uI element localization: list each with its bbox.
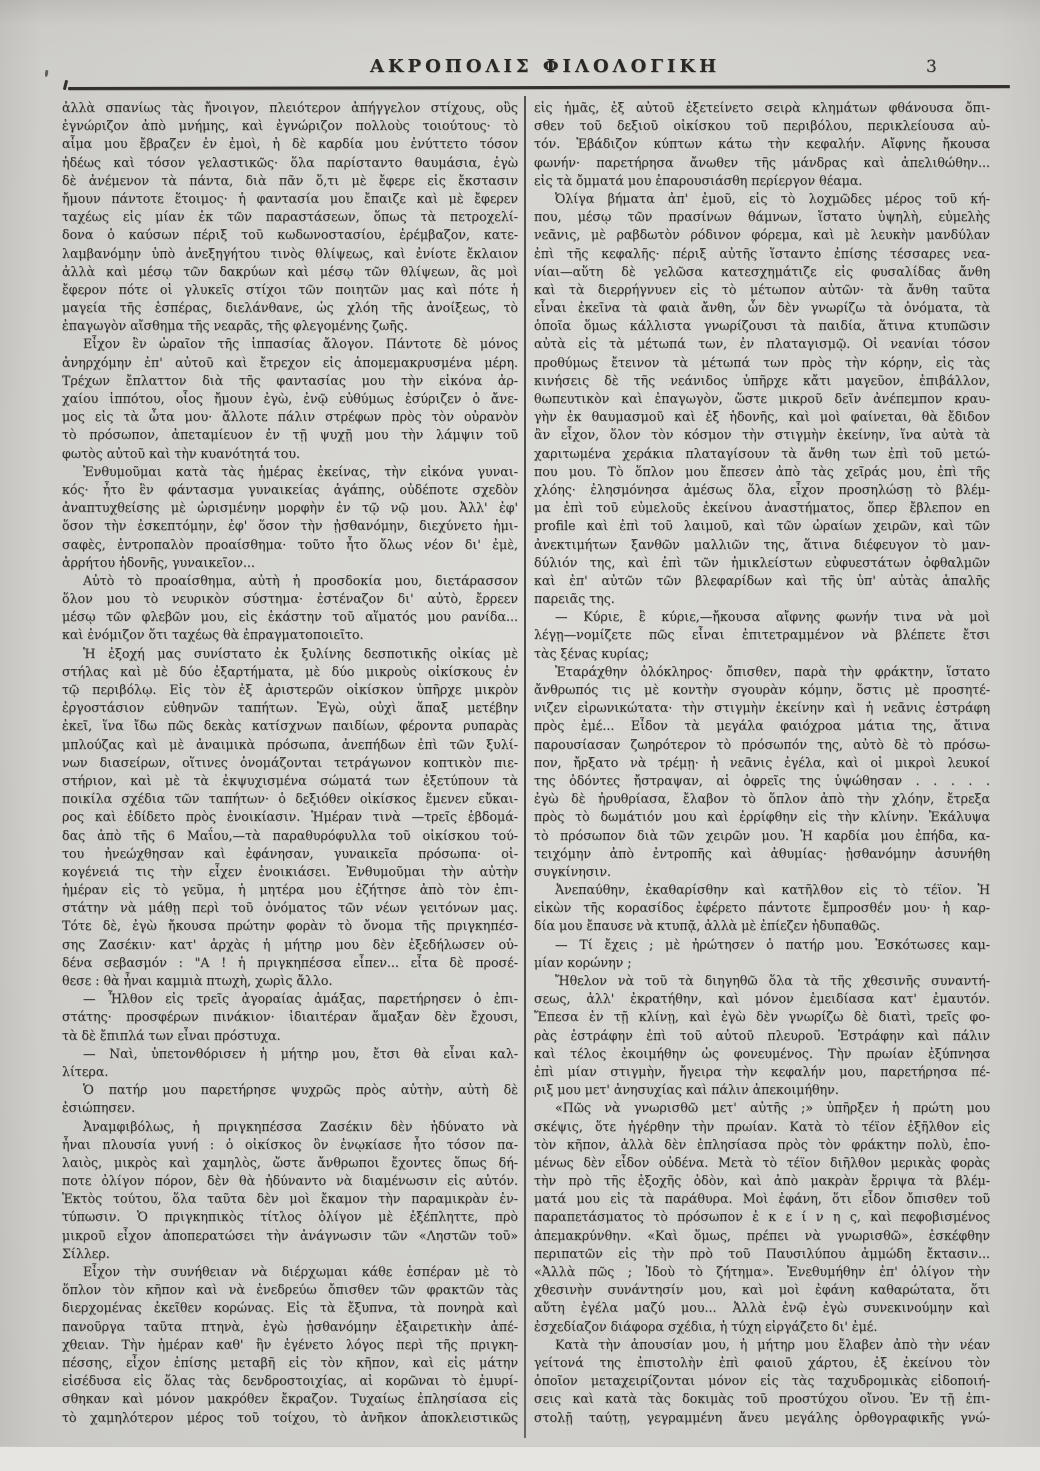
text-line: ἐπαγωγὸν αἴσθημα τῆς νεαρᾶς, τῆς φλεγομέ… [62,317,518,335]
text-line: ταχέως εἰς μίαν ἐκ τῶν παραστάσεων, ὅπως… [62,208,518,226]
page-number: 3 [926,57,937,77]
text-line: ἐγνώριζον ἀπὸ μνήμης, καὶ ἐγνώριζον πολλ… [62,117,518,135]
header-rule [68,85,1010,90]
text-line: περιπατῶν εἰς τὴν πρὸ τοῦ Παυσιλύπου ἀμμ… [534,1245,990,1263]
text-line: μαγεία τῆς ἑσπέρας, διελάνθανε, ὡς χλόη … [62,299,518,317]
text-line: δὲ ἀνέμενον τὰ πάντα, διὰ πᾶν ὅ,τι μὲ ἔφ… [62,172,518,190]
text-line: παρουσίασαν ζωηρότερον τὸ πρόσωπόν της, … [534,736,990,754]
text-line: δία μου ἔπαυσε νὰ κτυπᾷ, ἀλλὰ μὲ ἐπίεζεν… [534,917,990,935]
text-line: ἄνθρωπός τις μὲ κοντὴν σγουρὰν κόμην, ὅσ… [534,681,990,699]
text-line: Ὀλίγα βήματα ἀπ' ἐμοῦ, εἰς τὸ λοχμῶδες μ… [534,190,990,208]
text-line: του ἠνεώχθησαν καὶ ἐφάνησαν, γυναικεῖα π… [62,845,518,863]
text-line: ματά μου εἰς τὰ παράθυρα. Μοὶ ἐφάνη, ὅτι… [534,1190,990,1208]
text-line: Ἤθελον νὰ τοῦ τὰ διηγηθῶ ὅλα τὰ τῆς χθεσ… [534,972,990,990]
paragraph: Ἡ ἐξοχή μας συνίστατο ἐκ ξυλίνης δεσποτι… [62,645,518,991]
newspaper-page: ΑΚΡΟΠΟΛΙΣ ΦΙΛΟΛΟΓΙΚΗ 3 ἀλλὰ σπανίως τὰς … [0,0,1040,1471]
column-left: ἀλλὰ σπανίως τὰς ἤνοιγον, πλειότερον ἀπή… [62,99,518,1427]
paragraph: εἰς ἡμᾶς, ἐξ αὐτοῦ ἐξετείνετο σειρὰ κλημ… [534,99,990,190]
text-line: ὅσον τὴν ἐσκεπτόμην, ἐφ' ὅσον τὴν ᾐσθανό… [62,517,518,535]
text-line: χθειαν. Τὴν ἡμέραν καθ' ἣν ἐγένετο λόγος… [62,1336,518,1354]
text-line: Ἀνεπαύθην, ἐκαθαρίσθην καὶ κατῆλθον εἰς … [534,881,990,899]
text-line: διερχομένας ἐκεῖθεν κορώνας. Εἰς τὰ ἔξυπ… [62,1299,518,1317]
text-line: φωτὸς αὐτοῦ καὶ τὴν κυανότητά του. [62,445,518,463]
text-line: ἀλλὰ σπανίως τὰς ἤνοιγον, πλειότερον ἀπή… [62,99,518,117]
text-line: τὸ πρόσωπον διὰ τῶν χειρῶν μου. Ἡ καρδία… [534,827,990,845]
text-line: ὁποῖα ὅμως κάλλιστα γνωρίζουσι τὰ παιδία… [534,317,990,335]
text-line: νων διασείρων, οἵτινες ὀνομάζονται τετρά… [62,754,518,772]
text-line: πρὸς ἐμέ... Εἶδον τὰ μεγάλα φαιόχροα μάτ… [534,717,990,735]
paragraph: Ἀνεπαύθην, ἐκαθαρίσθην καὶ κατῆλθον εἰς … [534,881,990,936]
text-line: ἤμουν πάντοτε ἕτοιμος· ἡ φαντασία μου ἔπ… [62,190,518,208]
column-divider-rule [524,96,526,1438]
text-line: ἀπεμακρύνθην. «Καὶ ὅμως, πρέπει νὰ γνωρι… [534,1227,990,1245]
text-line: — Ναὶ, ὑπετονθόρισεν ἡ μήτηρ μου, ἔτσι θ… [62,1045,518,1063]
text-line: πέσσης, εἶχον ἐπίσης μεταβῆ εἰς τὸν κῆπο… [62,1354,518,1372]
text-line: μένως δὲν εἶδον οὐδένα. Μετὰ τὸ τέϊον δι… [534,1154,990,1172]
text-line: καὶ τὰ διερρήγνυεν εἰς τὸ μέτωπον αὐτῶν·… [534,281,990,299]
text-line: μος εἰς τὰ ὦτα μου· ἄλλοτε πάλιν στρέφων… [62,408,518,426]
text-line: ἡδέως καὶ τόσον γελαστικῶς· ὅλα παρίσταν… [62,154,518,172]
text-line: Σίλλερ. [62,1245,518,1263]
text-line: τειχόμην ἀπὸ ἐντροπῆς καὶ ἀθυμίας· ᾐσθαν… [534,845,990,863]
text-line: ἐσχεδίαζον διάφορα σχέδια, ἡ τύχη εἰργάζ… [534,1318,990,1336]
paragraph: — Κύριε, ἒ κύριε,—ἤκουσα αἴφνης φωνήν τι… [534,608,990,663]
text-line: πανοῦργα ταῦτα πτηνὰ, ἐγὼ ᾐσθανόμην ἐξαι… [62,1318,518,1336]
text-line: καὶ ἐνόμιζον ὅτι ταχέως θὰ ἐπραγματοποιε… [62,626,518,644]
text-line: αἷμα μου ἔβραζεν ἐν ἐμοὶ, ἡ δὲ καρδία μο… [62,135,518,153]
text-line: Ἐταράχθην ὁλόκληρος· ὄπισθεν, παρὰ τὴν φ… [534,663,990,681]
text-line: τὸ χαμηλότερον μέρος τοῦ τοίχου, τὸ ἀνῆκ… [62,1409,518,1427]
masthead: ΑΚΡΟΠΟΛΙΣ ΦΙΛΟΛΟΓΙΚΗ 3 [0,54,1040,88]
text-line: ἐσιώπησεν. [62,1099,518,1117]
text-line: ἐργοστάσιον εὐθηνῶν ταπήτων. Ἐγὼ, οὐχὶ ἅ… [62,699,518,717]
text-line: μπλούζας καὶ μὲ ἀναιμικὰ πρόσωπα, ἀνεπήδ… [62,736,518,754]
text-line: χθεσινὴν συνάντησίν μου, καὶ μοὶ ἐφάνη κ… [534,1281,990,1299]
paragraph: Ἤθελον νὰ τοῦ τὰ διηγηθῶ ὅλα τὰ τῆς χθεσ… [534,972,990,1099]
text-line: τύπωσιν. Ὁ πριγκηπικὸς τίτλος ὀλίγον μὲ … [62,1208,518,1226]
text-line: λαιὸς, μικρὸς καὶ χαμηλὸς, ὥστε ἄνθρωποι… [62,1154,518,1172]
text-line: profile καὶ ἐπὶ τοῦ λαιμοῦ, καὶ τῶν ὡραί… [534,517,990,535]
paragraph: «Πῶς νὰ γνωρισθῶ μετ' αὐτῆς ;» ὑπῆρξεν ἡ… [534,1099,990,1335]
text-line: καὶ ἐπ' αὐτῶν τῶν βλεφαρίδων καὶ τῆς ὑπ'… [534,572,990,590]
text-line: συγκίνησιν. [534,863,990,881]
text-line: χαριτωμένα χεράκια πλαταγίσουν τὰ ἄνθη τ… [534,445,990,463]
text-line: τῷ περιβόλῳ. Εἰς τὸν ἐξ ἀριστερῶν οἰκίσκ… [62,681,518,699]
text-line: θεσε : θὰ ἦναι καμμιὰ πτωχὴ, χωρὶς ἄλλο. [62,972,518,990]
text-line: ἀλλὰ καὶ μέσῳ τῶν δακρύων καὶ μέσῳ τῶν θ… [62,263,518,281]
paragraph: — Τί ἔχεις ; μὲ ἠρώτησεν ὁ πατήρ μου. Ἐσ… [534,936,990,972]
text-line: ρὰς ἐστράφην ἐπὶ τοῦ αὐτοῦ πλευροῦ. Ἐστρ… [534,1027,990,1045]
page-bottom-margin [0,1446,1040,1471]
text-line: ὅπλον τὸν κῆπον καὶ νὰ ἐνεδρεύω ὄπισθεν … [62,1281,518,1299]
text-line: ἐκεῖ, ἵνα ἴδω πῶς δεκὰς κατίσχνων παιδίω… [62,717,518,735]
text-line: ἦναι πλουσία γυνή : ὁ οἰκίσκος ὃν ἐνῳκία… [62,1136,518,1154]
text-line: που μου. Τὸ ὅπλον μου ἔπεσεν ἀπὸ τὰς χεῖ… [534,463,990,481]
paragraph: Ἐνθυμοῦμαι κατὰ τὰς ἡμέρας ἐκείνας, τὴν … [62,463,518,572]
text-line: λαμβανόμην ὑπὸ ἀνεξηγήτου τινὸς θλίψεως,… [62,245,518,263]
paragraph: — Ἦλθον εἰς τρεῖς ἀγοραίας ἁμάξας, παρετ… [62,990,518,1045]
text-line: τὰ δὲ ἔπιπλά των εἶναι πρόστυχα. [62,1027,518,1045]
text-line: θωπευτικὸν καὶ ἐπαγωγὸν, ὥστε μικροῦ δεῖ… [534,390,990,408]
column-right: εἰς ἡμᾶς, ἐξ αὐτοῦ ἐξετείνετο σειρὰ κλημ… [534,99,990,1427]
text-line: εἰσέδυσα εἰς ὅλας τὰς δενδροστοιχίας, αἱ… [62,1372,518,1390]
text-line: Κατὰ τὴν ἀπουσίαν μου, ἡ μήτηρ μου ἔλαβε… [534,1336,990,1354]
text-line: πρὸς τὸ δωμάτιόν μου καὶ ἐρρίφθην εἰς τὴ… [534,808,990,826]
text-line: ἀνεκτιμήτων ξανθῶν μαλλιῶν της, ἅτινα δι… [534,536,990,554]
text-line: ἀρρήτου ἡδονῆς, γυναικεῖον... [62,554,518,572]
text-line: ὁποῖον μεταχειρίζονται μόνον εἰς τὰς ταχ… [534,1372,990,1390]
text-line: κινήσεις δὲ τῆς νεάνιδος ὑπῆρχε κἄτι μαγ… [534,372,990,390]
text-line: Ἐνθυμοῦμαι κατὰ τὰς ἡμέρας ἐκείνας, τὴν … [62,463,518,481]
text-line: Ἐκτὸς τούτου, ὅλα ταῦτα δὲν μοὶ ἔκαμον τ… [62,1190,518,1208]
text-line: δονα ὁ καύσων πέριξ τοῦ κωδωνοστασίου, ἐ… [62,226,518,244]
paragraph: Ὁ πατήρ μου παρετήρησε ψυχρῶς πρὸς αὐτὴν… [62,1081,518,1117]
paragraph: — Ναὶ, ὑπετονθόρισεν ἡ μήτηρ μου, ἔτσι θ… [62,1045,518,1081]
paragraph: Αὐτὸ τὸ προαίσθημα, αὐτὴ ἡ προσδοκία μου… [62,572,518,645]
text-line: εἰκὼν τῆς κορασίδος ἐφέρετο πάντοτε ἔμπρ… [534,899,990,917]
text-line: «Πῶς νὰ γνωρισθῶ μετ' αὐτῆς ;» ὑπῆρξεν ἡ… [534,1099,990,1117]
text-line: Ὁ πατήρ μου παρετήρησε ψυχρῶς πρὸς αὐτὴν… [62,1081,518,1099]
text-line: ἐγὼ δὲ ἠρυθρίασα, ἔλαβον τὸ ὅπλον ἀπὸ τὴ… [534,790,990,808]
text-line: χαίου ἱππότου, οἷος ἤμουν ἐγὼ, ἐνῷ εὐθύμ… [62,390,518,408]
text-line: παραπετάσματος τὸ πρόσωπον ἐ κ ε ί ν η ς… [534,1208,990,1226]
text-line: τόν. Ἐβάδιζον κύπτων κάτω τὴν κεφαλήν. Α… [534,135,990,153]
text-line: γείτονά της ἐπιστολὴν ἐπὶ φαιοῦ χάρτου, … [534,1354,990,1372]
text-line: ποτε ὀλίγον πόρον, δὲν θὰ ἠδύναντο νὰ δι… [62,1172,518,1190]
text-line: ἡμέραν εἰς τὸ γεῦμα, ἡ μητέρα μου ἐζήτησ… [62,881,518,899]
text-line: ρος καὶ ἐδίδετο πρὸς ἐνοικίασιν. Ἡμέραν … [62,808,518,826]
text-line: εἰς τὰ ὄμματά μου ἐπαρουσιάσθη περίεργον… [534,172,990,190]
text-line: σεις καὶ κατὰ τὰς δοκιμὰς τοῦ προστύχου … [534,1390,990,1408]
paragraph: Ὀλίγα βήματα ἀπ' ἐμοῦ, εἰς τὸ λοχμῶδες μ… [534,190,990,608]
text-line: τὴν πρὸ τῆς ἐξοχῆς ὁδὸν, καὶ ἀπὸ μακρὰν … [534,1172,990,1190]
text-line: νεᾶνις, μὲ ραβδωτὸν ρόδινον φόρεμα, καὶ … [534,226,990,244]
text-line: Εἶχον τὴν συνήθειαν νὰ διέρχωμαι κάθε ἑσ… [62,1263,518,1281]
text-line: Τότε δὲ, ἐγὼ ἤκουσα πρώτην φορὰν τὸ ὄνομ… [62,917,518,935]
text-line: δένα σεβασμόν : "Α ! ἡ πριγκηπέσσα εἶπεν… [62,954,518,972]
text-line: σθεν τοῦ δεξιοῦ οἰκίσκου τοῦ περιβόλου, … [534,117,990,135]
text-line: δύλιόν της, καὶ ἐπὶ τῶν ἡμικλείστων εὐφυ… [534,554,990,572]
paragraph: Εἶχον ἓν ὡραῖον τῆς ἱππασίας ἄλογον. Πάν… [62,335,518,462]
text-line: ἂν εἶχον, ὅλον τὸν κόσμον τὴν στιγμὴν ἐκ… [534,426,990,444]
text-line: εἶναι ἐκεῖνα τὰ φαιὰ ἄνθη, ὧν δὲν γνωρίζ… [534,299,990,317]
text-line: στήριον, καὶ μὲ τὰ ἐκψυχισμένα σώματά τω… [62,772,518,790]
paragraph: Ἀναμφιβόλως, ἡ πριγκηπέσσα Ζασέκιν δὲν ἠ… [62,1118,518,1264]
text-line: δας ἀπὸ τῆς 6 Μαΐου,—τὰ παραθυρόφυλλα το… [62,827,518,845]
text-line: που, μέσῳ τῶν πρασίνων θάμνων, ἵστατο ὑψ… [534,208,990,226]
paragraph: Εἶχον τὴν συνήθειαν νὰ διέρχωμαι κάθε ἑσ… [62,1263,518,1427]
text-line: πον, ἤρξατο νὰ τρέμῃ· ἡ νεᾶνις ἐγέλα, κα… [534,754,990,772]
text-line: ἐπὶ τῆς κεφαλῆς· πέριξ αὐτῆς ἵσταντο ἐπί… [534,245,990,263]
text-line: σαφὲς, ἐντροπαλὸν προαίσθημα· τοῦτο ἦτο … [62,536,518,554]
text-line: ἐπὶ μίαν στιγμὴν, ἤγειρα τὴν κεφαλήν μου… [534,1063,990,1081]
text-line: ἀνηρχόμην ἐπ' αὐτοῦ καὶ ἔτρεχον εἰς ἀπομ… [62,354,518,372]
newspaper-title: ΑΚΡΟΠΟΛΙΣ ΦΙΛΟΛΟΓΙΚΗ [370,56,720,77]
text-line: στήλας καὶ μὲ δύο ἐξαρτήματα, μὲ δύο μικ… [62,663,518,681]
text-line: Αὐτὸ τὸ προαίσθημα, αὐτὴ ἡ προσδοκία μου… [62,572,518,590]
text-line: Εἶχον ἓν ὡραῖον τῆς ἱππασίας ἄλογον. Πάν… [62,335,518,353]
text-line: Ἔπεσα ἐν τῇ κλίνῃ, καὶ ἐγὼ δὲν γνωρίζω δ… [534,1008,990,1026]
text-line: αὐτὰ εἰς τὰ μέτωπά των, ἐν πλαταγισμῷ. Ο… [534,335,990,353]
text-line: καὶ τέλος ἐκοιμήθην ὡς φονευμένος. Τὴν π… [534,1045,990,1063]
text-line: σης Ζασέκιν· κατ' ἀρχὰς ἡ μήτηρ μου δὲν … [62,936,518,954]
text-line: χλόης· ἐλησμόνησα ἀμέσως ὅλα, εἶχον προσ… [534,481,990,499]
text-line: τὸν κῆπον, ἀλλὰ δὲν ἐπλησίασα πρὸς τὸν φ… [534,1136,990,1154]
paragraph: Ἐταράχθην ὁλόκληρος· ὄπισθεν, παρὰ τὴν φ… [534,663,990,881]
text-line: μέσῳ τῶν φλεβῶν μου, εἰς ἑκάστην τοῦ αἵμ… [62,608,518,626]
text-line: γὴν ἐκ θαυμασμοῦ καὶ ἐξ ἡδονῆς, καὶ μοὶ … [534,408,990,426]
text-line: στολῇ ταύτῃ, γεγραμμένη ἄνευ μεγάλης ὀρθ… [534,1409,990,1427]
text-line: σθηκαν καὶ μόνον μακρόθεν ἔκραζον. Τυχαί… [62,1390,518,1408]
text-line: — Τί ἔχεις ; μὲ ἠρώτησεν ὁ πατήρ μου. Ἐσ… [534,936,990,954]
text-line: στάτην νὰ μάθῃ περὶ τοῦ ὀνόματος τῶν νέω… [62,899,518,917]
text-line: μικροῦ εἶχον ἀποπερατώσει τὴν ἀνάγνωσιν … [62,1227,518,1245]
text-line: εἰς ἡμᾶς, ἐξ αὐτοῦ ἐξετείνετο σειρὰ κλημ… [534,99,990,117]
text-line: νίαι—αὕτη δὲ γελῶσα κατεσχημάτιζε εἰς φυ… [534,263,990,281]
text-line: μίαν κορώνην ; [534,954,990,972]
text-line: φωνήν· παρετήρησα ἄνωθεν τῆς μάνδρας καὶ… [534,154,990,172]
text-line: τὰς ξένας κυρίας; [534,645,990,663]
text-line: — Κύριε, ἒ κύριε,—ἤκουσα αἴφνης φωνήν τι… [534,608,990,626]
text-line: Τρέχων ἔπλαττον διὰ τῆς φαντασίας μου τὴ… [62,372,518,390]
text-line: «Ἀλλὰ πῶς ; Ἰδοὺ τὸ ζήτημα». Ἐνεθυμήθην … [534,1263,990,1281]
text-line: — Ἦλθον εἰς τρεῖς ἀγοραίας ἁμάξας, παρετ… [62,990,518,1008]
text-line: σεως, ἀλλ' ἐκρατήθην, καὶ μόνον ἐμειδίασ… [534,990,990,1008]
text-line: κογένειά τις τὴν εἶχεν ἐνοικιάσει. Ἐνθυμ… [62,863,518,881]
text-line: ἀναπτυχθείσης μὲ ὡρισμένην μορφὴν ἐν τῷ … [62,499,518,517]
text-line: ἔφερον πότε οἱ γλυκεῖς στίχοι τῶν ποιητῶ… [62,281,518,299]
text-line: λέγῃ—νομίζετε πῶς εἶναι ἐπιτετραμμένον ν… [534,626,990,644]
text-line: ποικίλα σχέδια τῶν ταπήτων· ὁ δεξιόθεν ο… [62,790,518,808]
text-line: Ἡ ἐξοχή μας συνίστατο ἐκ ξυλίνης δεσποτι… [62,645,518,663]
paragraph: Κατὰ τὴν ἀπουσίαν μου, ἡ μήτηρ μου ἔλαβε… [534,1336,990,1427]
text-line: λίτερα. [62,1063,518,1081]
text-line: νιζεν εἰρωνικώτατα· τὴν στιγμὴν ἐκείνην … [534,699,990,717]
text-line: τὸ πρόσωπον, ἀπεταμίευον ἐν τῇ ψυχῇ μου … [62,426,518,444]
text-line: στάτης· προσφέρων πινάκιον· ἰδιαιτέραν ἅ… [62,1008,518,1026]
text-line: μα ἐπὶ τοῦ εὐμελοῦς ἐκείνου ἀναστήματος,… [534,499,990,517]
text-line: προθύμως ἔτεινον τὰ μέτωπά των πρὸς τὴν … [534,354,990,372]
text-line: σκέψις, ὅτε ἠγέρθην τὴν πρωίαν. Κατὰ τὸ … [534,1118,990,1136]
text-line: ριξ μου μετ' ἀνησυχίας καὶ πάλιν ἀπεκοιμ… [534,1081,990,1099]
text-line: παρειᾶς της. [534,590,990,608]
text-line: αὕτη ἐγέλα μαζύ μου... Ἀλλὰ ἐνῷ ἐγὼ συνε… [534,1299,990,1317]
text-line: Ἀναμφιβόλως, ἡ πριγκηπέσσα Ζασέκιν δὲν ἠ… [62,1118,518,1136]
paragraph: ἀλλὰ σπανίως τὰς ἤνοιγον, πλειότερον ἀπή… [62,99,518,335]
text-line: της ὀδόντες ἤστραψαν, αἱ ὀφρεῖς της ὑψώθ… [534,772,990,790]
text-line: ὅλον μου τὸ νευρικὸν σύστημα· ἐστέναζον … [62,590,518,608]
text-line: κός· ἦτο ἓν φάντασμα γυναικείας ἀγάπης, … [62,481,518,499]
